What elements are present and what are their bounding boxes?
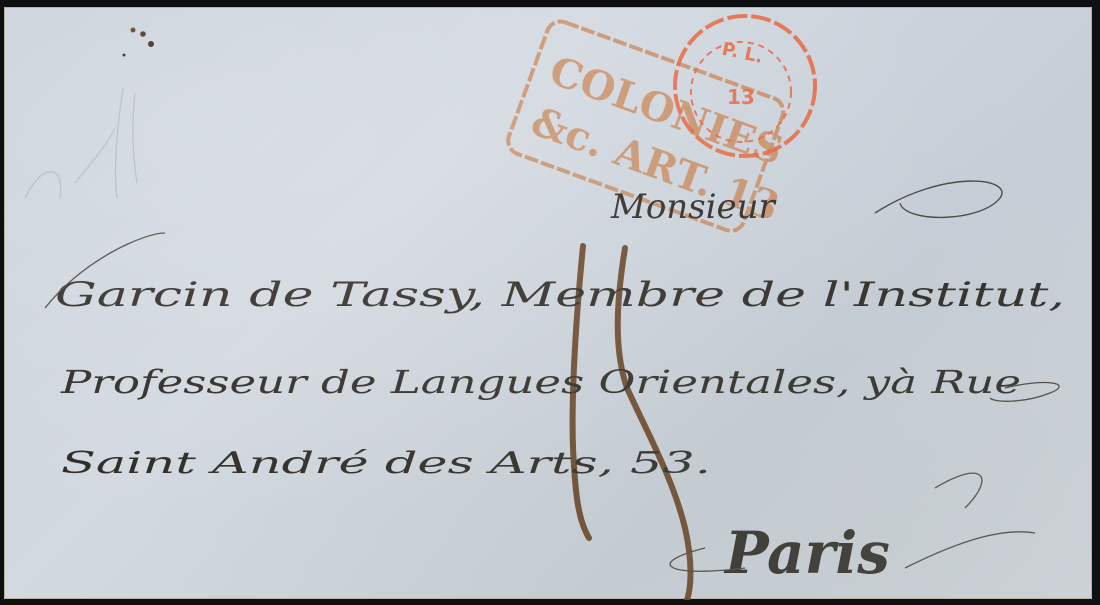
address-line-1: Garcin de Tassy, Membre de l'Institut, xyxy=(55,275,1065,315)
address-line-2: Professeur de Langues Orientales, yà Rue xyxy=(60,363,1021,401)
rate-value: 11 xyxy=(5,8,7,9)
ink-specks xyxy=(123,28,155,57)
address-line-3: Saint André des Arts, 53. xyxy=(61,446,711,481)
salutation-flourish xyxy=(875,181,1002,217)
salutation: Monsieur xyxy=(610,187,777,227)
datestamp-top-text: P. L. xyxy=(720,39,765,68)
cover-artwork: COLONIES &c. ART. 13 P. L. 13 11 Monsieu… xyxy=(5,8,1093,600)
datestamp-day: 13 xyxy=(727,85,755,109)
city-name: Paris xyxy=(723,519,890,587)
postal-cover: COLONIES &c. ART. 13 P. L. 13 11 Monsieu… xyxy=(4,7,1092,599)
